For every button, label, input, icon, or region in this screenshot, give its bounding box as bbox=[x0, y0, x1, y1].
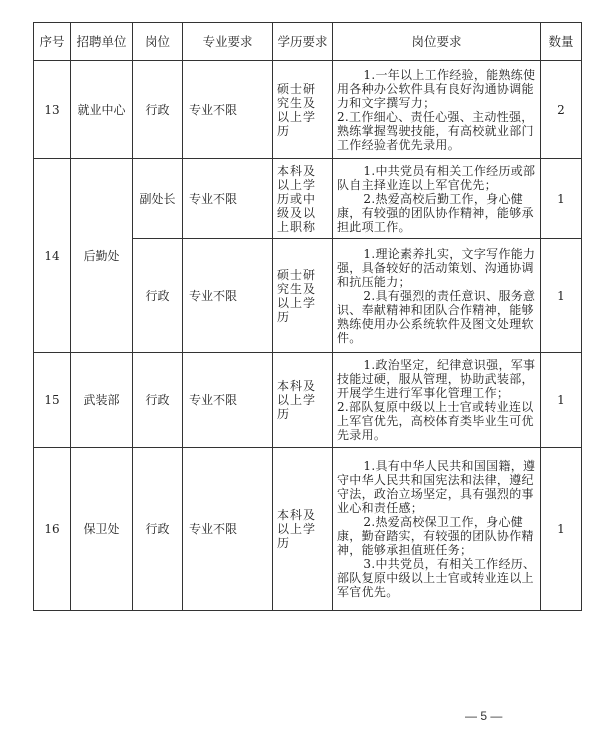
row-index: 15 bbox=[34, 353, 71, 448]
recruitment-table: 序号 招聘单位 岗位 专业要求 学历要求 岗位要求 数量 13 就业中心 行政 … bbox=[33, 22, 582, 611]
header-unit: 招聘单位 bbox=[71, 23, 133, 61]
row-requirements: 1.一年以上工作经验，能熟练使用各种办公软件具有良好沟通协调能力和文字撰写力； … bbox=[333, 61, 541, 159]
table-header-row: 序号 招聘单位 岗位 专业要求 学历要求 岗位要求 数量 bbox=[34, 23, 582, 61]
page-number: — 5 — bbox=[465, 709, 502, 723]
row-requirements: 1.具有中华人民共和国国籍，遵守中华人民共和国宪法和法律，遵纪守法，政治立场坚定… bbox=[333, 448, 541, 611]
table-row: 13 就业中心 行政 专业不限 硕士研究生及以上学历 1.一年以上工作经验，能熟… bbox=[34, 61, 582, 159]
row-unit: 后勤处 bbox=[71, 159, 133, 353]
requirement-item: 2.具有强烈的责任意识、服务意识、奉献精神和团队合作精神，能够熟练使用办公系统软… bbox=[337, 289, 536, 345]
header-post: 岗位 bbox=[133, 23, 183, 61]
row-major: 专业不限 bbox=[183, 353, 273, 448]
row-education: 硕士研究生及以上学历 bbox=[273, 61, 333, 159]
row-unit: 就业中心 bbox=[71, 61, 133, 159]
row-index: 14 bbox=[34, 159, 71, 353]
header-count: 数量 bbox=[541, 23, 582, 61]
table-row: 16 保卫处 行政 专业不限 本科及以上学历 1.具有中华人民共和国国籍，遵守中… bbox=[34, 448, 582, 611]
row-education: 本科及以上学历或中级及以上职称 bbox=[273, 159, 333, 239]
requirement-item: 3.中共党员，有相关工作经历、部队复原中级以上士官或转业连以上军官优先。 bbox=[337, 557, 536, 599]
row-education: 本科及以上学历 bbox=[273, 448, 333, 611]
row-index: 13 bbox=[34, 61, 71, 159]
row-major: 专业不限 bbox=[183, 239, 273, 353]
row-count: 1 bbox=[541, 353, 582, 448]
header-education: 学历要求 bbox=[273, 23, 333, 61]
requirement-item: 1.理论素养扎实，文字写作能力强，具备较好的活动策划、沟通协调和抗压能力； bbox=[337, 247, 536, 289]
requirement-item: 1.中共党员有相关工作经历或部队自主择业连以上军官优先； bbox=[337, 164, 536, 192]
row-education: 本科及以上学历 bbox=[273, 353, 333, 448]
requirement-item: 1.具有中华人民共和国国籍，遵守中华人民共和国宪法和法律，遵纪守法，政治立场坚定… bbox=[337, 459, 536, 515]
requirement-item: 2.部队复原中级以上士官或转业连以上军官优先，高校体育类毕业生可优先录用。 bbox=[337, 400, 536, 442]
row-index: 16 bbox=[34, 448, 71, 611]
row-major: 专业不限 bbox=[183, 159, 273, 239]
requirement-item: 2.热爱高校后勤工作，身心健康，有较强的团队协作精神，能够承担此项工作。 bbox=[337, 192, 536, 234]
requirement-item: 2.热爱高校保卫工作，身心健康，勤奋踏实，有较强的团队协作精神，能够承担值班任务… bbox=[337, 515, 536, 557]
row-unit: 保卫处 bbox=[71, 448, 133, 611]
row-count: 1 bbox=[541, 448, 582, 611]
row-unit: 武装部 bbox=[71, 353, 133, 448]
row-requirements: 1.中共党员有相关工作经历或部队自主择业连以上军官优先； 2.热爱高校后勤工作，… bbox=[333, 159, 541, 239]
row-count: 2 bbox=[541, 61, 582, 159]
requirement-item: 1.一年以上工作经验，能熟练使用各种办公软件具有良好沟通协调能力和文字撰写力； bbox=[337, 68, 536, 110]
header-index: 序号 bbox=[34, 23, 71, 61]
header-major: 专业要求 bbox=[183, 23, 273, 61]
row-education: 硕士研究生及以上学历 bbox=[273, 239, 333, 353]
table-row: 14 后勤处 副处长 专业不限 本科及以上学历或中级及以上职称 1.中共党员有相… bbox=[34, 159, 582, 239]
requirement-item: 1.政治坚定，纪律意识强，军事技能过硬，服从管理，协助武装部，开展学生进行军事化… bbox=[337, 358, 536, 400]
requirement-item: 2.工作细心、责任心强、主动性强，熟练掌握驾驶技能，有高校就业部门工作经验者优先… bbox=[337, 110, 536, 152]
table-row: 15 武装部 行政 专业不限 本科及以上学历 1.政治坚定，纪律意识强，军事技能… bbox=[34, 353, 582, 448]
row-post: 副处长 bbox=[133, 159, 183, 239]
row-post: 行政 bbox=[133, 61, 183, 159]
row-count: 1 bbox=[541, 159, 582, 239]
row-post: 行政 bbox=[133, 448, 183, 611]
row-post: 行政 bbox=[133, 239, 183, 353]
header-requirements: 岗位要求 bbox=[333, 23, 541, 61]
row-major: 专业不限 bbox=[183, 448, 273, 611]
row-requirements: 1.政治坚定，纪律意识强，军事技能过硬，服从管理，协助武装部，开展学生进行军事化… bbox=[333, 353, 541, 448]
row-requirements: 1.理论素养扎实，文字写作能力强，具备较好的活动策划、沟通协调和抗压能力； 2.… bbox=[333, 239, 541, 353]
row-post: 行政 bbox=[133, 353, 183, 448]
row-count: 1 bbox=[541, 239, 582, 353]
row-major: 专业不限 bbox=[183, 61, 273, 159]
